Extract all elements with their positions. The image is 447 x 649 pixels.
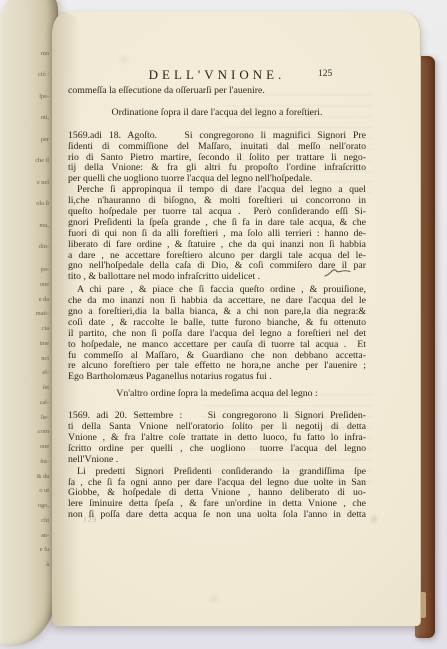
paragraph: 1569.adi 18. Agoſto. Si congregorono li … [68,131,366,185]
page-number: 125 [318,69,332,79]
text-line: fuori di qui non ſi da alli foreſtieri ,… [68,229,366,240]
text-line: re alcuno foreſtiero per tale effetto ne… [68,361,366,372]
text-line: nell'Vnione . [68,455,366,466]
edge-text-fragment: nti, [41,114,49,121]
foxing-spots [52,12,56,16]
paragraph: A chi pare , & piace che ſi faccia queſt… [68,285,366,383]
text-line: to hoſpedale, ne manco accettare per cau… [68,340,366,351]
text-line: gnori Preſidenti la ſpeſa grande , che ſ… [68,218,366,229]
edge-text-fragment: à [46,561,49,568]
edge-text-fragment: one [40,443,49,450]
paragraph: 1569. adi 20. Settembre : Si congregoron… [68,411,366,465]
text-line: non ſi poſſa dare detta acqua ſe non una… [68,510,366,521]
edge-text-fragment: po- [41,266,49,273]
edge-text-fragment: ſpe- [39,93,49,100]
paragraph: commeſſa la eſſecutione da oſſeruarſi pe… [68,86,366,97]
edge-text-fragment: e nel [37,179,49,186]
text-line: tito , & ballottare nel modo infraſcritt… [68,272,366,283]
edge-text-fragment: ola ſi [36,200,49,207]
edge-text-fragment: cia [42,325,49,332]
text-line: a dare , ne accettare foreſtiero alcuno … [68,251,366,262]
text-line: Perche ſi appropinqua il tempo di dare l… [68,185,366,196]
section-heading: Vn'altro ordine ſopra la medeſima acqua … [68,389,366,400]
section-heading: Ordinatione ſopra il dare l'acqua del le… [68,108,366,119]
edge-text-fragment: one [40,281,49,288]
text-line: coſi date , & raccolte le balle, tutte f… [68,318,366,329]
text-line: Ego Bartholomæus Paganellus notarius rog… [68,372,366,383]
edge-text-fragment: .com [37,428,49,435]
edge-text-fragment: nci [41,355,49,362]
marginal-ink-flourish [324,266,352,279]
text-line: ti della Santa Vnione nell'oratorio ſoli… [68,422,366,433]
edge-text-fragment: ciò : [38,71,49,78]
book-photo: mociò :ſpe-nti,perche ile nelola ſimu,di… [0,0,447,649]
edge-text-fragment: e ſu [40,546,49,553]
text-block: commeſſa la eſſecutione da oſſeruarſi pe… [68,86,366,521]
edge-text-fragment: ſet [43,384,49,391]
edge-text-fragment: ime [40,340,49,347]
edge-text-fragment: mu, [39,222,49,229]
edge-text-fragment: ſnt- [40,458,49,465]
edge-fragments-upper: mociò :ſpe-nti,perche ile nelola ſimu,di… [35,50,49,250]
text-line: lere ſminuire detta ſpeſa , & fare un'or… [68,499,366,510]
text-line: 1569. adi 20. Settembre : Si congregoron… [68,411,366,422]
text-line: gno nell'hoſpedale della caſa di Dio, & … [68,261,366,272]
text-line: tij della Vnione: & fra gli altri fu pro… [68,163,366,174]
text-line: 1569.adi 18. Agoſto. Si congregorono li … [68,131,366,142]
paragraph: Perche ſi appropinqua il tempo di dare l… [68,185,366,283]
text-line: liberato di fare ordine , & ſtatuire , c… [68,240,366,251]
edge-text-fragment: mo [41,50,49,57]
text-line: li,che n'hauranno di biſogno, & molti fo… [68,196,366,207]
text-line: gno a foreſtieri,dia la balla bianca, & … [68,307,366,318]
text-line: ſidenti di commiſſione del Maſſaro, inui… [68,142,366,153]
text-line: A chi pare , & piace che ſi faccia queſt… [68,285,366,296]
text-line: ſa , che ſi fa ogni anno per dare l'acqu… [68,478,366,489]
edge-text-fragment: che il [35,157,49,164]
text-line: il partito, che non ſi poſſa dare l'acqu… [68,329,366,340]
edge-text-fragment: ſie- [41,414,49,421]
book-page: DELL'VNIONE. 125 commeſſa la eſſecutione… [52,12,421,626]
text-line: ſcritto ordine per quelli , che uogliono… [68,444,366,455]
edge-text-fragment: ogo, [38,502,49,509]
edge-text-fragment: e da [39,296,49,303]
text-line: rio di Santo Pietro martire, ſecondo il … [68,153,366,164]
text-line: commeſſa la eſſecutione da oſſeruarſi pe… [68,86,366,97]
text-line: Vnione , & fra l'altre coſe trattate in … [68,433,366,444]
edge-text-fragment: din- [39,243,49,250]
edge-text-fragment: el- [42,369,49,376]
edge-text-fragment: an- [41,532,49,539]
edge-fragments-lower: po-onee damati-ciaimenciel-ſetcal-ſie-.c… [36,266,49,568]
edge-text-fragment: mati- [36,310,49,317]
pencil-annotation: 129 [83,515,97,524]
edge-text-fragment: chi [41,517,49,524]
edge-text-fragment: & da [37,473,49,480]
text-line: fu commeſſo al Maſſaro, & Guardiano che … [68,351,366,362]
text-line: per quelli che uogliono tuorre l'acqua d… [68,174,366,185]
edge-text-fragment: per [41,136,49,143]
text-line: queſto hoſpedale per tuorre tal acqua . … [68,207,366,218]
edge-text-fragment: cal- [40,399,49,406]
edge-text-fragment: o ut [39,487,49,494]
facing-page-edge: mociò :ſpe-nti,perche ile nelola ſimu,di… [0,0,58,646]
paragraph: Li predetti Signori Preſidenti conſidera… [68,467,366,521]
text-line: Giobbe, & hoſpedale di detta Vnione , ha… [68,488,366,499]
text-line: che da mo inanzi non ſi habbia da accett… [68,296,366,307]
text-line: Li predetti Signori Preſidenti conſidera… [68,467,366,478]
